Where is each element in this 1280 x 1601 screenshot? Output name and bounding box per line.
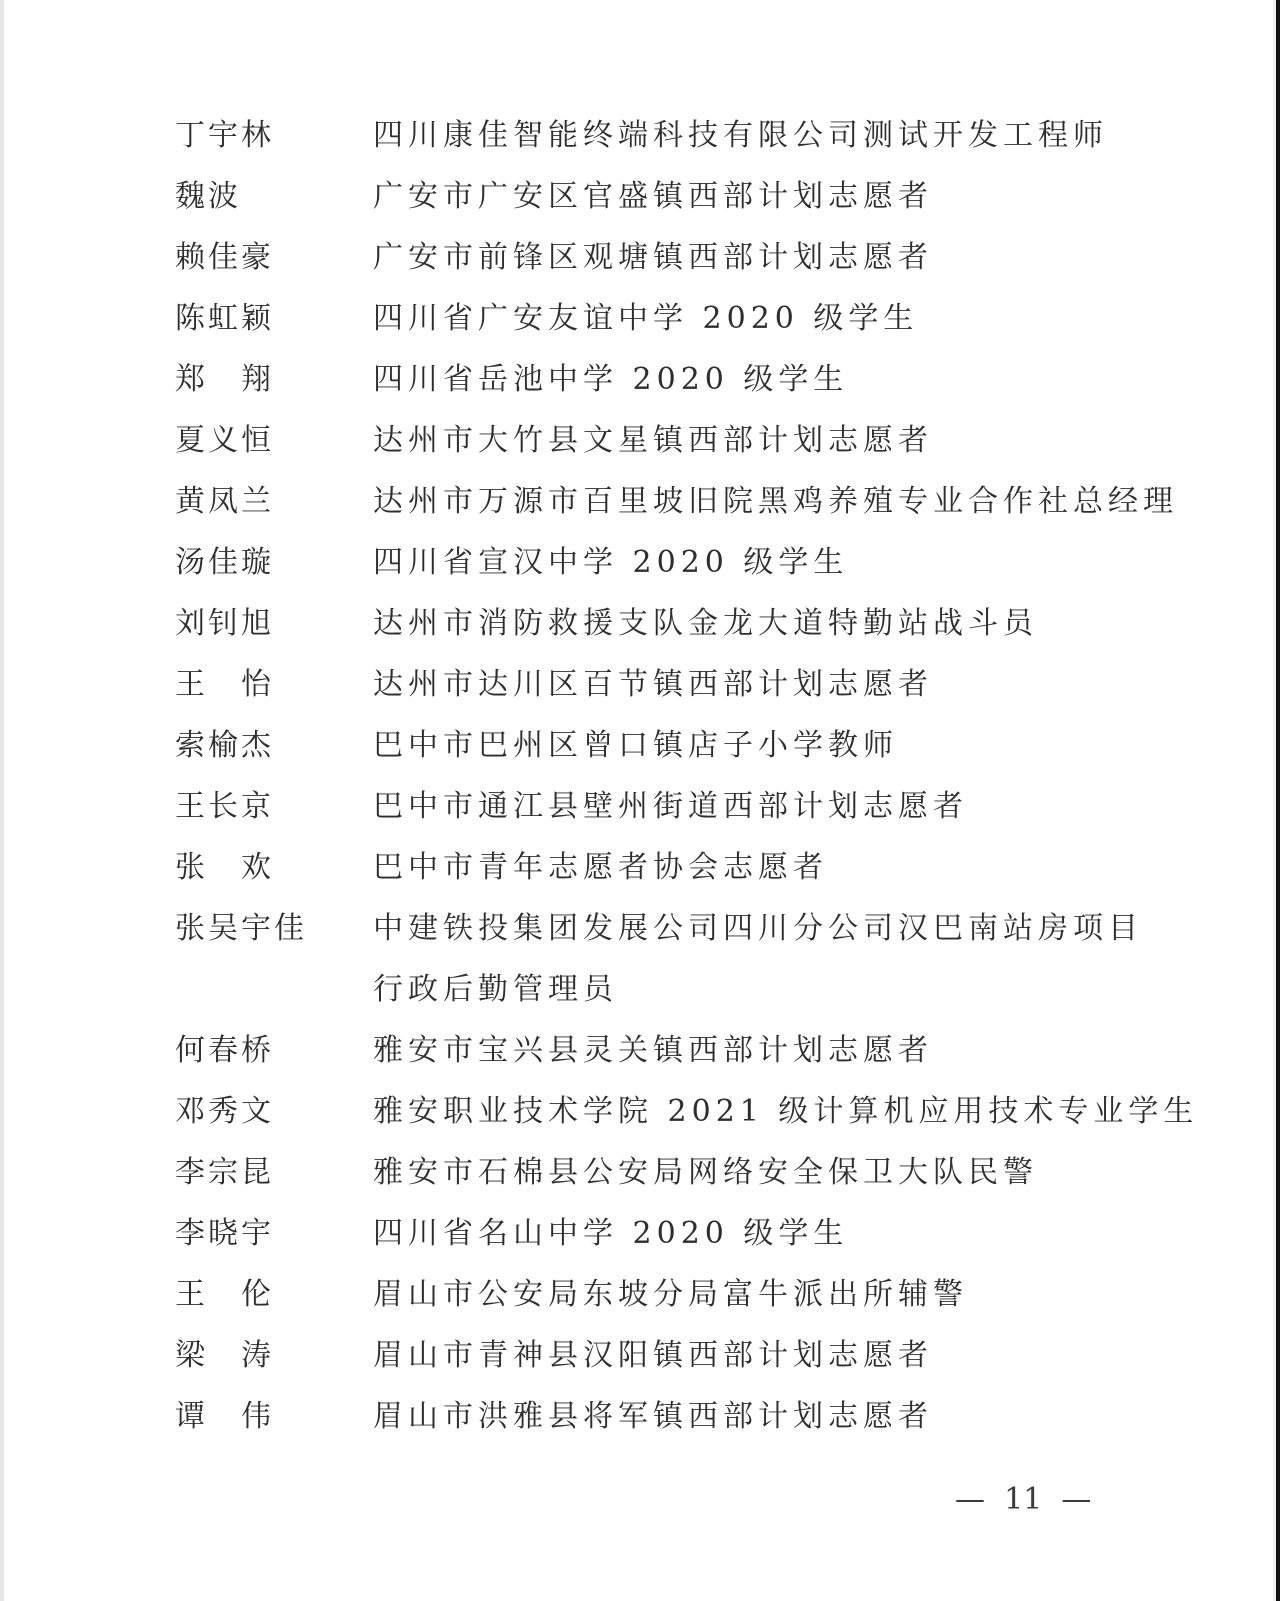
roster-row: 陈虹颖 四川省广安友谊中学 2020 级学生 (175, 299, 1175, 360)
description-line: 眉山市青神县汉阳镇西部计划志愿者 (373, 1336, 1175, 1397)
person-name: 王长京 (175, 787, 373, 827)
description-line: 达州市大竹县文星镇西部计划志愿者 (373, 421, 1175, 482)
description-line: 巴中市青年志愿者协会志愿者 (373, 848, 1175, 909)
roster-row: 张 欢 巴中市青年志愿者协会志愿者 (175, 848, 1175, 909)
description-line: 雅安市石棉县公安局网络安全保卫大队民警 (373, 1153, 1175, 1214)
person-description: 眉山市青神县汉阳镇西部计划志愿者 (373, 1336, 1175, 1397)
description-line: 巴中市巴州区曾口镇店子小学教师 (373, 726, 1175, 787)
description-line: 眉山市洪雅县将军镇西部计划志愿者 (373, 1397, 1175, 1458)
person-description: 巴中市青年志愿者协会志愿者 (373, 848, 1175, 909)
description-line: 雅安市宝兴县灵关镇西部计划志愿者 (373, 1031, 1175, 1092)
person-description: 雅安市宝兴县灵关镇西部计划志愿者 (373, 1031, 1175, 1092)
description-line: 达州市消防救援支队金龙大道特勤站战斗员 (373, 604, 1175, 665)
description-line: 四川省岳池中学 2020 级学生 (373, 360, 1175, 421)
person-description: 四川省名山中学 2020 级学生 (373, 1214, 1175, 1275)
description-line: 达州市万源市百里坡旧院黑鸡养殖专业合作社总经理 (373, 482, 1178, 543)
person-name: 汤佳璇 (175, 543, 373, 583)
description-line: 四川省名山中学 2020 级学生 (373, 1214, 1175, 1275)
description-line: 四川康佳智能终端科技有限公司测试开发工程师 (373, 116, 1175, 177)
page-number: — 11 — (955, 1480, 1091, 1520)
person-name: 李晓宇 (175, 1214, 373, 1254)
person-name: 刘钊旭 (175, 604, 373, 644)
person-name: 王 伦 (175, 1275, 373, 1315)
person-name: 何春桥 (175, 1031, 373, 1071)
person-description: 达州市大竹县文星镇西部计划志愿者 (373, 421, 1175, 482)
description-line: 雅安职业技术学院 2021 级计算机应用技术专业学生 (373, 1092, 1198, 1153)
person-name: 陈虹颖 (175, 299, 373, 339)
person-name: 李宗昆 (175, 1153, 373, 1193)
description-line: 四川省广安友谊中学 2020 级学生 (373, 299, 1175, 360)
description-line: 巴中市通江县壁州街道西部计划志愿者 (373, 787, 1175, 848)
person-description: 达州市消防救援支队金龙大道特勤站战斗员 (373, 604, 1175, 665)
roster-row: 王 伦 眉山市公安局东坡分局富牛派出所辅警 (175, 1275, 1175, 1336)
roster-row: 郑 翔 四川省岳池中学 2020 级学生 (175, 360, 1175, 421)
person-description: 四川省宣汉中学 2020 级学生 (373, 543, 1175, 604)
person-description: 雅安职业技术学院 2021 级计算机应用技术专业学生 (373, 1092, 1198, 1153)
person-description: 达州市万源市百里坡旧院黑鸡养殖专业合作社总经理 (373, 482, 1178, 543)
person-description: 巴中市巴州区曾口镇店子小学教师 (373, 726, 1175, 787)
person-name: 索榆杰 (175, 726, 373, 766)
roster-row: 梁 涛 眉山市青神县汉阳镇西部计划志愿者 (175, 1336, 1175, 1397)
person-name: 魏波 (175, 177, 373, 217)
person-description: 四川康佳智能终端科技有限公司测试开发工程师 (373, 116, 1175, 177)
roster-row: 李宗昆 雅安市石棉县公安局网络安全保卫大队民警 (175, 1153, 1175, 1214)
person-name: 夏义恒 (175, 421, 373, 461)
description-line: 广安市前锋区观塘镇西部计划志愿者 (373, 238, 1175, 299)
person-name: 张 欢 (175, 848, 373, 888)
roster-row: 赖佳豪 广安市前锋区观塘镇西部计划志愿者 (175, 238, 1175, 299)
roster-row: 汤佳璇 四川省宣汉中学 2020 级学生 (175, 543, 1175, 604)
person-name: 梁 涛 (175, 1336, 373, 1376)
description-line: 四川省宣汉中学 2020 级学生 (373, 543, 1175, 604)
person-name: 谭 伟 (175, 1397, 373, 1437)
person-description: 四川省广安友谊中学 2020 级学生 (373, 299, 1175, 360)
person-name: 丁宇林 (175, 116, 373, 156)
roster-row: 索榆杰 巴中市巴州区曾口镇店子小学教师 (175, 726, 1175, 787)
person-description: 雅安市石棉县公安局网络安全保卫大队民警 (373, 1153, 1175, 1214)
person-name: 邓秀文 (175, 1092, 373, 1132)
roster-row: 何春桥 雅安市宝兴县灵关镇西部计划志愿者 (175, 1031, 1175, 1092)
description-line: 达州市达川区百节镇西部计划志愿者 (373, 665, 1175, 726)
roster-row: 邓秀文 雅安职业技术学院 2021 级计算机应用技术专业学生 (175, 1092, 1175, 1153)
roster-row: 张吴宇佳 中建铁投集团发展公司四川分公司汉巴南站房项目 行政后勤管理员 (175, 909, 1175, 1031)
person-description: 广安市前锋区观塘镇西部计划志愿者 (373, 238, 1175, 299)
person-name: 王 怡 (175, 665, 373, 705)
person-name: 赖佳豪 (175, 238, 373, 278)
person-description: 中建铁投集团发展公司四川分公司汉巴南站房项目 行政后勤管理员 (373, 909, 1175, 1031)
roster-row: 李晓宇 四川省名山中学 2020 级学生 (175, 1214, 1175, 1275)
person-description: 眉山市公安局东坡分局富牛派出所辅警 (373, 1275, 1175, 1336)
roster-row: 夏义恒 达州市大竹县文星镇西部计划志愿者 (175, 421, 1175, 482)
description-line: 眉山市公安局东坡分局富牛派出所辅警 (373, 1275, 1175, 1336)
person-name: 黄凤兰 (175, 482, 373, 522)
person-description: 眉山市洪雅县将军镇西部计划志愿者 (373, 1397, 1175, 1458)
description-line-continuation: 行政后勤管理员 (373, 970, 1175, 1031)
person-description: 四川省岳池中学 2020 级学生 (373, 360, 1175, 421)
person-description: 广安市广安区官盛镇西部计划志愿者 (373, 177, 1175, 238)
roster-list: 丁宇林 四川康佳智能终端科技有限公司测试开发工程师 魏波 广安市广安区官盛镇西部… (175, 116, 1175, 1458)
description-line: 广安市广安区官盛镇西部计划志愿者 (373, 177, 1175, 238)
roster-row: 刘钊旭 达州市消防救援支队金龙大道特勤站战斗员 (175, 604, 1175, 665)
roster-row: 谭 伟 眉山市洪雅县将军镇西部计划志愿者 (175, 1397, 1175, 1458)
page-right-edge (1276, 0, 1280, 1601)
document-page: 丁宇林 四川康佳智能终端科技有限公司测试开发工程师 魏波 广安市广安区官盛镇西部… (0, 0, 1273, 1601)
person-description: 达州市达川区百节镇西部计划志愿者 (373, 665, 1175, 726)
person-description: 巴中市通江县壁州街道西部计划志愿者 (373, 787, 1175, 848)
roster-row: 王 怡 达州市达川区百节镇西部计划志愿者 (175, 665, 1175, 726)
roster-row: 王长京 巴中市通江县壁州街道西部计划志愿者 (175, 787, 1175, 848)
person-name: 张吴宇佳 (175, 909, 373, 949)
description-line: 中建铁投集团发展公司四川分公司汉巴南站房项目 (373, 909, 1175, 970)
roster-row: 黄凤兰 达州市万源市百里坡旧院黑鸡养殖专业合作社总经理 (175, 482, 1175, 543)
person-name: 郑 翔 (175, 360, 373, 400)
roster-row: 丁宇林 四川康佳智能终端科技有限公司测试开发工程师 (175, 116, 1175, 177)
roster-row: 魏波 广安市广安区官盛镇西部计划志愿者 (175, 177, 1175, 238)
